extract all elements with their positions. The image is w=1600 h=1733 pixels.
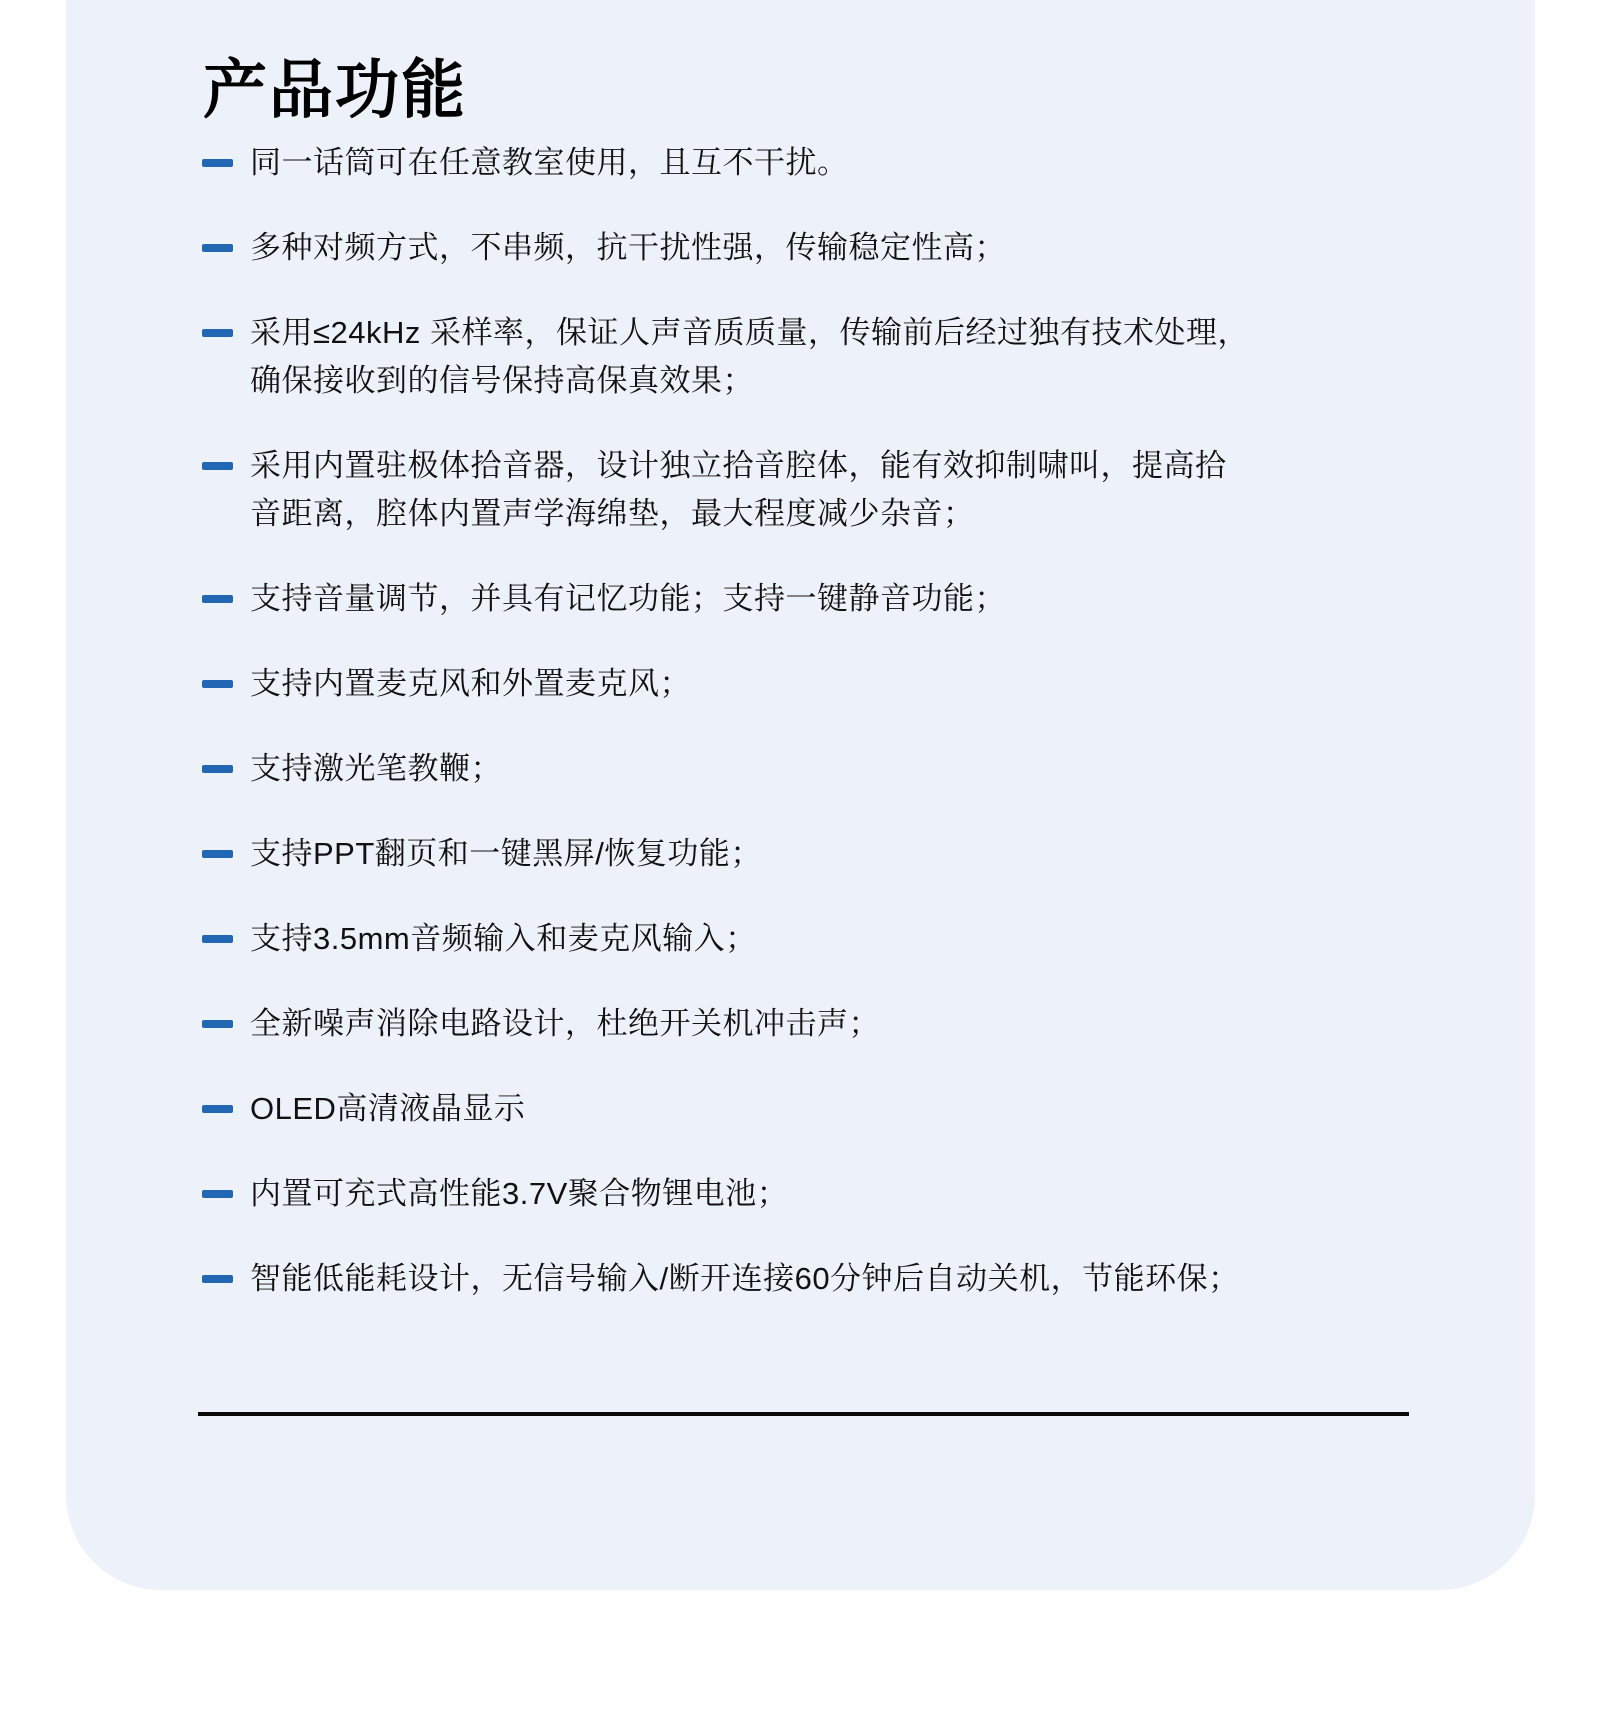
feature-text: 支持音量调节，并具有记忆功能；支持一键静音功能； [250, 575, 1006, 623]
list-item: 多种对频方式，不串频，抗干扰性强，传输稳定性高； [202, 224, 1362, 272]
list-item: 全新噪声消除电路设计，杜绝开关机冲击声； [202, 1000, 1362, 1048]
feature-text: 多种对频方式，不串频，抗干扰性强，传输稳定性高； [250, 224, 1006, 272]
feature-text: 支持PPT翻页和一键黑屏/恢复功能； [250, 830, 762, 878]
feature-text: 内置可充式高性能3.7V聚合物锂电池； [250, 1170, 788, 1218]
dash-bullet-icon [202, 1190, 233, 1198]
feature-text: 支持3.5mm音频输入和麦克风输入； [250, 915, 757, 963]
list-item: 支持PPT翻页和一键黑屏/恢复功能； [202, 830, 1362, 878]
list-item: 支持激光笔教鞭； [202, 745, 1362, 793]
dash-bullet-icon [202, 935, 233, 943]
list-item: 智能低能耗设计，无信号输入/断开连接60分钟后自动关机，节能环保； [202, 1255, 1362, 1303]
list-item: 内置可充式高性能3.7V聚合物锂电池； [202, 1170, 1362, 1218]
feature-text: 全新噪声消除电路设计，杜绝开关机冲击声； [250, 1000, 880, 1048]
feature-card: 产品功能 同一话筒可在任意教室使用，且互不干扰。多种对频方式，不串频，抗干扰性强… [66, 0, 1535, 1590]
section-divider [198, 1412, 1409, 1416]
dash-bullet-icon [202, 850, 233, 858]
dash-bullet-icon [202, 462, 233, 470]
feature-text: 采用内置驻极体拾音器，设计独立拾音腔体，能有效抑制啸叫，提高拾音距离，腔体内置声… [250, 442, 1250, 538]
dash-bullet-icon [202, 680, 233, 688]
dash-bullet-icon [202, 595, 233, 603]
feature-text: 同一话筒可在任意教室使用，且互不干扰。 [250, 139, 849, 187]
feature-text: 支持激光笔教鞭； [250, 745, 502, 793]
dash-bullet-icon [202, 244, 233, 252]
dash-bullet-icon [202, 159, 233, 167]
feature-list: 同一话筒可在任意教室使用，且互不干扰。多种对频方式，不串频，抗干扰性强，传输稳定… [202, 0, 1362, 1340]
dash-bullet-icon [202, 1020, 233, 1028]
dash-bullet-icon [202, 1105, 233, 1113]
feature-text: 采用≤24kHz 采样率，保证人声音质质量，传输前后经过独有技术处理，确保接收到… [250, 309, 1250, 405]
feature-text: 支持内置麦克风和外置麦克风； [250, 660, 691, 708]
list-item: 同一话筒可在任意教室使用，且互不干扰。 [202, 139, 1362, 187]
dash-bullet-icon [202, 765, 233, 773]
list-item: 采用内置驻极体拾音器，设计独立拾音腔体，能有效抑制啸叫，提高拾音距离，腔体内置声… [202, 442, 1362, 538]
list-item: 支持3.5mm音频输入和麦克风输入； [202, 915, 1362, 963]
list-item: OLED高清液晶显示 [202, 1085, 1362, 1133]
feature-text: 智能低能耗设计，无信号输入/断开连接60分钟后自动关机，节能环保； [250, 1255, 1240, 1303]
list-item: 采用≤24kHz 采样率，保证人声音质质量，传输前后经过独有技术处理，确保接收到… [202, 309, 1362, 405]
dash-bullet-icon [202, 1275, 233, 1283]
feature-text: OLED高清液晶显示 [250, 1085, 525, 1133]
list-item: 支持音量调节，并具有记忆功能；支持一键静音功能； [202, 575, 1362, 623]
list-item: 支持内置麦克风和外置麦克风； [202, 660, 1362, 708]
dash-bullet-icon [202, 329, 233, 337]
